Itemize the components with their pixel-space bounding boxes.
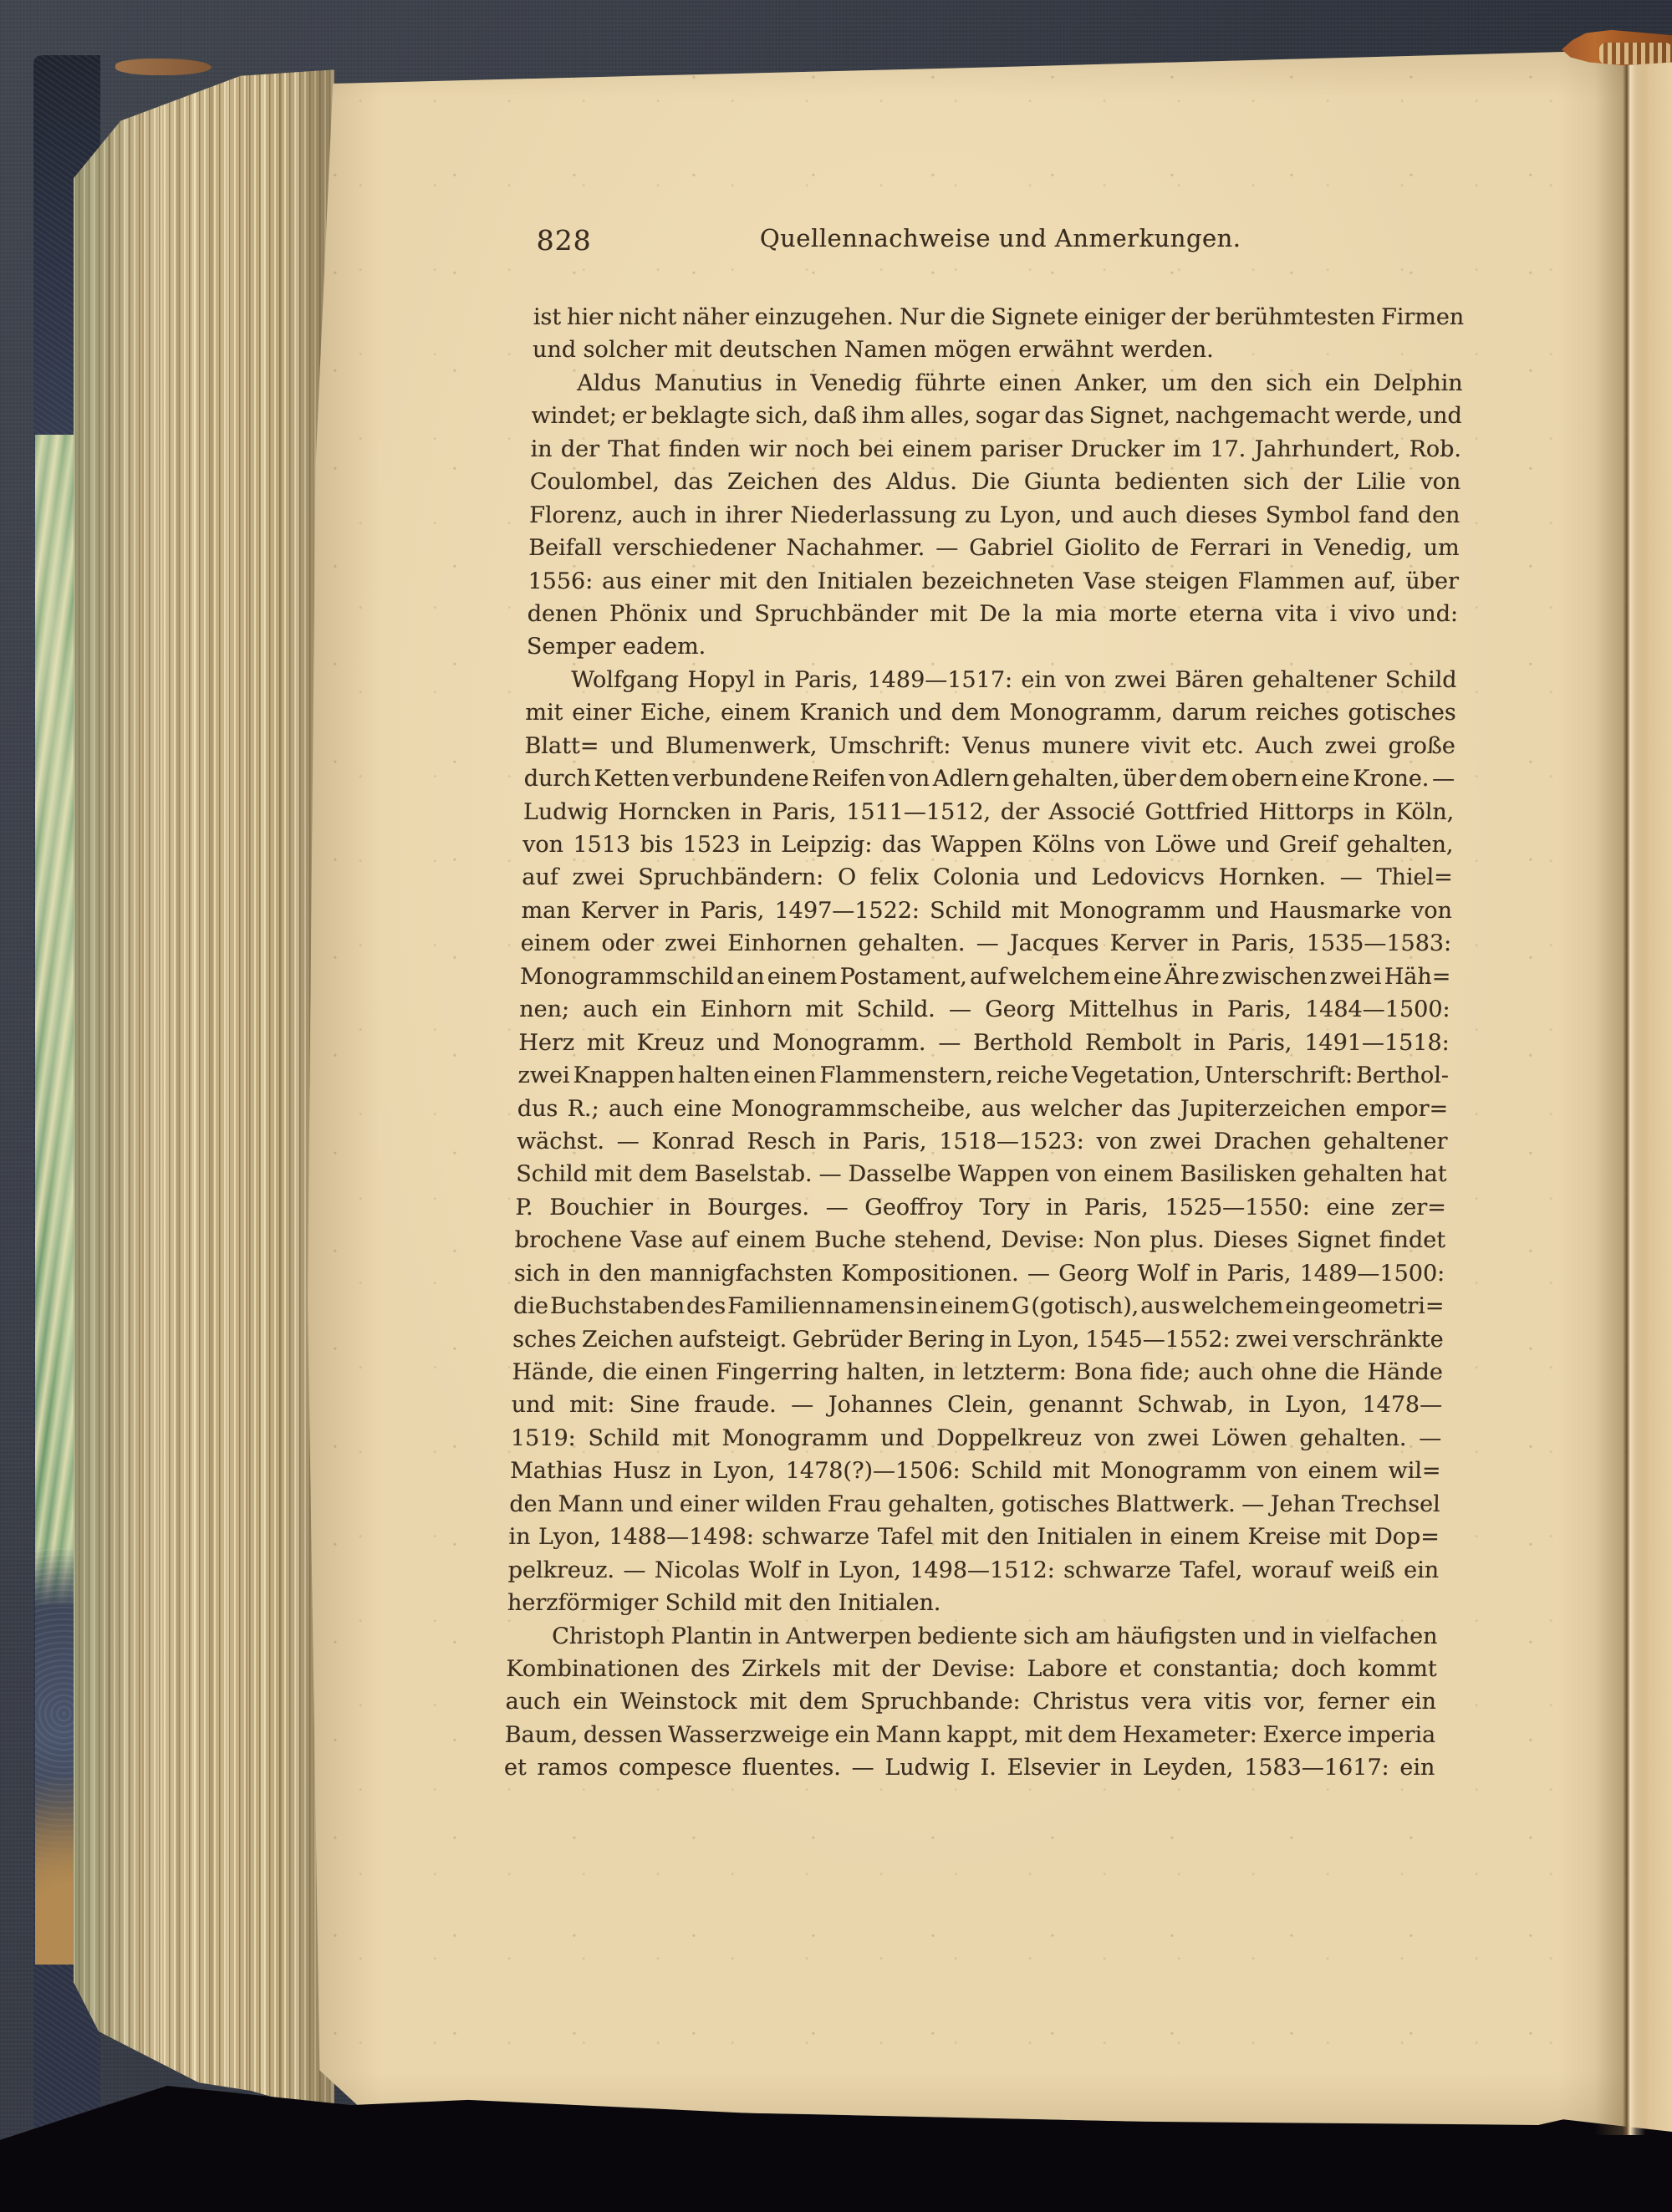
text-line: Mathias Husz in Lyon, 1478(?)—1506: Schi… [510, 1455, 1442, 1487]
text-line: wächst. — Konrad Resch in Paris, 1518—15… [517, 1125, 1449, 1158]
text-line: Aldus Manutius in Venedig führte einen A… [532, 367, 1464, 400]
text-line: einem oder zwei Einhornen gehalten. — Ja… [520, 927, 1452, 960]
page-block-fore-edge [74, 64, 334, 2113]
text-line: Semper eadem. [526, 630, 1458, 663]
text-line: ist hier nicht näher einzugehen. Nur die… [533, 301, 1465, 334]
torn-paper-fragment [115, 59, 212, 75]
text-line: man Kerver in Paris, 1497—1522: Schild m… [521, 894, 1453, 927]
text-line: Beifall verschiedener Nachahmer. — Gabri… [528, 532, 1460, 564]
text-line: 1519: Schild mit Monogramm und Doppelkre… [510, 1422, 1442, 1455]
text-line: nen; auch ein Einhorn mit Schild. — Geor… [519, 993, 1451, 1026]
text-line: und solcher mit deutschen Namen mögen er… [533, 334, 1465, 366]
text-line: zwei Knappen halten einen Flammenstern, … [517, 1059, 1450, 1092]
text-line: 1556: aus einer mit den Initialen bezeic… [528, 565, 1460, 598]
text-line: Coulombel, das Zeichen des Aldus. Die Gi… [529, 466, 1461, 498]
text-line: herzförmiger Schild mit den Initialen. [507, 1587, 1439, 1619]
text-line: Kombinationen des Zirkels mit der Devise… [506, 1653, 1438, 1685]
text-line: Baum, dessen Wasserzweige ein Mann kappt… [504, 1719, 1436, 1751]
text-line: durch Ketten verbundene Reifen von Adler… [523, 762, 1455, 795]
gutter-fold [1595, 47, 1645, 2135]
text-line: denen Phönix und Spruchbänder mit De la … [527, 598, 1459, 630]
text-line: Christoph Plantin in Antwerpen bediente … [507, 1620, 1439, 1653]
page-number: 828 [536, 224, 592, 257]
text-line: sich in den mannigfachsten Kompositionen… [513, 1257, 1445, 1290]
body-text: ist hier nicht näher einzugehen. Nur die… [504, 301, 1466, 1785]
text-line: et ramos compesce fluentes. — Ludwig I. … [504, 1751, 1436, 1784]
text-line: in Lyon, 1488—1498: schwarze Tafel mit d… [508, 1521, 1440, 1553]
printed-text-block: 828 Quellennachweise und Anmerkungen. is… [504, 224, 1466, 1785]
text-line: Schild mit dem Baselstab. — Dasselbe Wap… [516, 1158, 1448, 1190]
photographed-book-page: 828 Quellennachweise und Anmerkungen. is… [0, 0, 1672, 2212]
text-line: brochene Vase auf einem Buche stehend, D… [514, 1224, 1446, 1256]
text-line: dus R.; auch eine Monogrammscheibe, aus … [517, 1093, 1449, 1125]
text-line: auch ein Weinstock mit dem Spruchbande: … [505, 1685, 1437, 1718]
text-line: Florenz, auch in ihrer Niederlassung zu … [529, 499, 1461, 532]
text-line: sches Zeichen aufsteigt. Gebrüder Bering… [512, 1323, 1445, 1356]
text-line: die Buchstaben des Familiennamens in ein… [513, 1290, 1445, 1323]
text-line: in der That finden wir noch bei einem pa… [530, 433, 1462, 466]
text-line: pelkreuz. — Nicolas Wolf in Lyon, 1498—1… [507, 1554, 1440, 1587]
text-line: Monogrammschild an einem Postament, auf … [520, 961, 1452, 993]
text-line: den Mann und einer wilden Frau gehalten,… [509, 1488, 1441, 1521]
text-line: Ludwig Horncken in Paris, 1511—1512, der… [522, 796, 1455, 828]
text-line: mit einer Eiche, einem Kranich und dem M… [525, 696, 1457, 729]
text-line: Herz mit Kreuz und Monogramm. — Berthold… [518, 1027, 1450, 1059]
running-header: Quellennachweise und Anmerkungen. [534, 224, 1466, 252]
text-line: auf zwei Spruchbändern: O felix Colonia … [522, 861, 1454, 894]
text-line: Hände, die einen Fingerring halten, in l… [512, 1356, 1444, 1389]
text-line: und mit: Sine fraude. — Johannes Clein, … [511, 1389, 1443, 1421]
text-line: von 1513 bis 1523 in Leipzig: das Wappen… [522, 828, 1455, 861]
text-line: windet; er beklagte sich, daß ihm alles,… [531, 400, 1463, 432]
text-line: P. Bouchier in Bourges. — Geoffroy Tory … [515, 1191, 1447, 1224]
text-line: Blatt= und Blumenwerk, Umschrift: Venus … [524, 730, 1456, 762]
text-line: Wolfgang Hopyl in Paris, 1489—1517: ein … [526, 664, 1458, 696]
headband-braid [1599, 43, 1672, 64]
running-header-row: 828 Quellennachweise und Anmerkungen. [534, 224, 1466, 259]
